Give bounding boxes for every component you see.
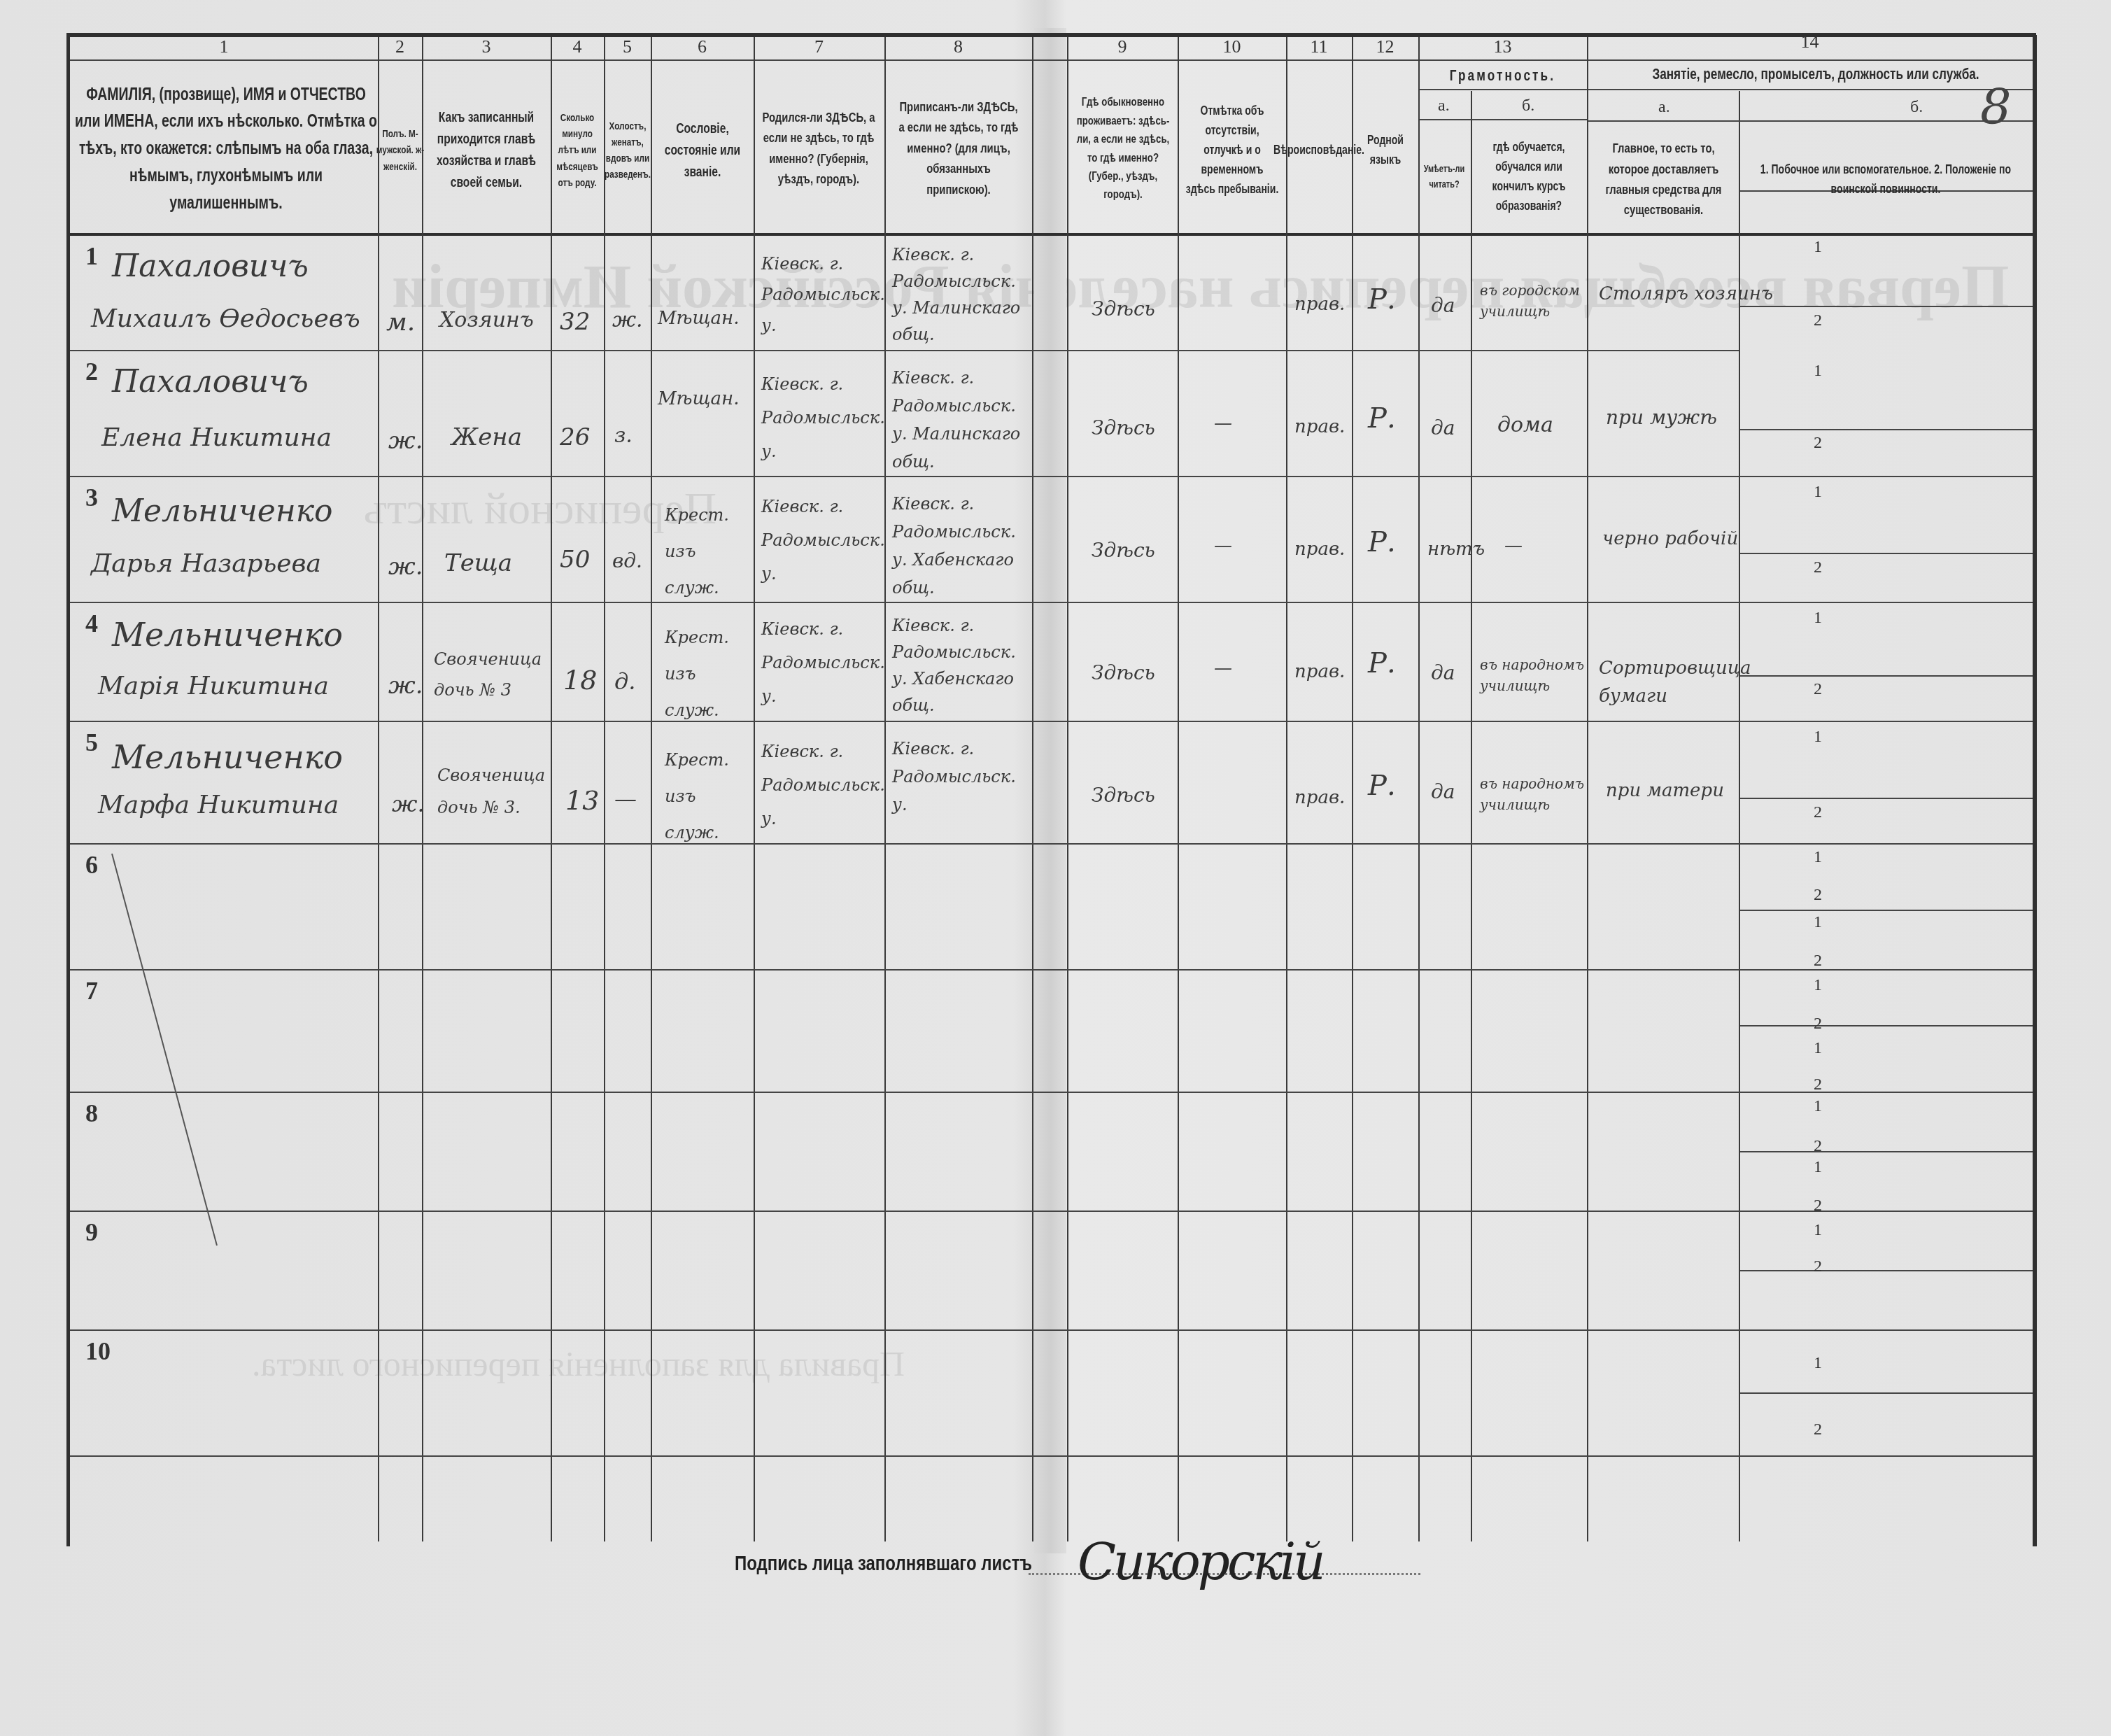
census-sheet: Первая всеобщая перепись населенія Россі… [0, 0, 2111, 1736]
cell-marital: — [614, 785, 637, 812]
cell-estate: Крест. изъ служ. [665, 497, 742, 606]
cell-residence: Здѣсь [1092, 784, 1155, 807]
cell-sex: ж. [388, 427, 423, 455]
cell-registered: Кіевск. г. Радомысльск. у. Хабенскаго об… [892, 490, 1029, 602]
cell-registered: Кіевск. г. Радомысльск. у. Малинскаго об… [892, 241, 1029, 348]
cell-marital: вд. [612, 549, 642, 572]
cell-literate: да [1431, 780, 1455, 803]
cell-religion: прав. [1294, 294, 1345, 315]
cell-education: въ городском училищѣ [1480, 280, 1585, 322]
cell-religion: прав. [1294, 539, 1345, 560]
cell-education: — [1504, 535, 1523, 556]
signature: Сикорскій [1078, 1532, 1323, 1591]
cell-given-name: Марія Никитина [98, 672, 329, 700]
cell-residence: Здѣсь [1092, 661, 1155, 684]
cell-age: 26 [560, 423, 590, 451]
cell-given-name: Дарья Назарьева [91, 549, 321, 578]
cell-age: 32 [560, 308, 590, 336]
cell-language: Р. [1368, 283, 1396, 316]
cell-birthplace: Кіевск. г. Радомысльск. у. [761, 490, 880, 591]
cell-relation: Жена [451, 423, 522, 451]
cell-residence: Здѣсь [1092, 539, 1155, 562]
cell-language: Р. [1368, 402, 1396, 435]
cell-absence: — [1214, 658, 1232, 679]
cell-sex: ж. [392, 791, 425, 817]
cell-education: въ народномъ училищѣ [1480, 773, 1585, 815]
cell-surname: Мельниченко [112, 616, 343, 654]
cell-sex: м. [386, 308, 415, 337]
cell-estate: Крест. изъ служ. [665, 619, 742, 728]
cell-absence: — [1214, 535, 1232, 556]
cell-language: Р. [1368, 526, 1396, 558]
cell-occupation-main: Сортировщица бумаги [1599, 654, 1732, 710]
cell-literate: да [1431, 416, 1455, 439]
cell-sex: ж. [388, 672, 423, 700]
cell-registered: Кіевск. г. Радомысльск. у. [892, 735, 1029, 819]
cell-residence: Здѣсь [1092, 297, 1155, 320]
cell-marital: з. [614, 423, 633, 448]
cell-given-name: Михаилъ Өедосьевъ [91, 304, 360, 333]
cell-religion: прав. [1294, 661, 1345, 682]
cell-birthplace: Кіевск. г. Радомысльск. у. [761, 612, 880, 713]
cell-literate: нѣтъ [1427, 539, 1485, 560]
cell-estate: Крест. изъ служ. [665, 742, 742, 851]
cell-education: дома [1497, 413, 1553, 437]
cell-occupation-main: при мужѣ [1606, 406, 1717, 429]
cell-age: 18 [563, 665, 597, 696]
cell-religion: прав. [1294, 416, 1345, 437]
cell-marital: ж. [612, 308, 643, 332]
cell-marital: д. [614, 668, 635, 695]
cell-occupation-main: Столяръ хозяинъ [1599, 283, 1773, 304]
cell-age: 13 [565, 785, 599, 816]
cell-given-name: Елена Никитина [101, 423, 332, 452]
cell-registered: Кіевск. г. Радомысльск. у. Малинскаго об… [892, 364, 1029, 476]
cell-sex: ж. [388, 553, 423, 581]
signature-label: Подпись лица заполнявшаго листъ [735, 1552, 1032, 1576]
cell-birthplace: Кіевск. г. Радомысльск. у. [761, 735, 880, 835]
cell-absence: — [1214, 413, 1232, 434]
cell-occupation-main: черно рабочій [1602, 528, 1738, 549]
cell-relation: Свояченица дочь № 3. [437, 759, 549, 824]
cell-literate: да [1431, 294, 1455, 317]
cell-relation: Свояченица дочь № 3 [434, 644, 546, 705]
cell-age: 50 [560, 546, 590, 574]
cell-estate: Мѣщан. [658, 308, 739, 329]
cell-occupation-main: при матери [1606, 780, 1724, 801]
cell-residence: Здѣсь [1092, 416, 1155, 439]
cell-registered: Кіевск. г. Радомысльск. у. Хабенскаго об… [892, 612, 1029, 719]
cell-estate: Мѣщан. [658, 388, 739, 409]
cell-education: въ народномъ училищѣ [1480, 654, 1585, 696]
cell-literate: да [1431, 661, 1455, 684]
cell-religion: прав. [1294, 787, 1345, 808]
cell-relation: Теща [444, 549, 512, 577]
void-strike-line [0, 0, 2111, 1736]
cell-surname: Мельниченко [112, 738, 343, 776]
cell-language: Р. [1368, 647, 1396, 679]
cell-surname: Пахаловичъ [112, 248, 309, 284]
cell-birthplace: Кіевск. г. Радомысльск. у. [761, 248, 880, 341]
cell-relation: Хозяинъ [439, 308, 534, 332]
cell-language: Р. [1368, 770, 1396, 802]
cell-surname: Мельниченко [112, 493, 333, 529]
cell-birthplace: Кіевск. г. Радомысльск. у. [761, 367, 880, 468]
cell-given-name: Марфа Никитина [98, 791, 339, 819]
cell-surname: Пахаловичъ [112, 364, 309, 400]
